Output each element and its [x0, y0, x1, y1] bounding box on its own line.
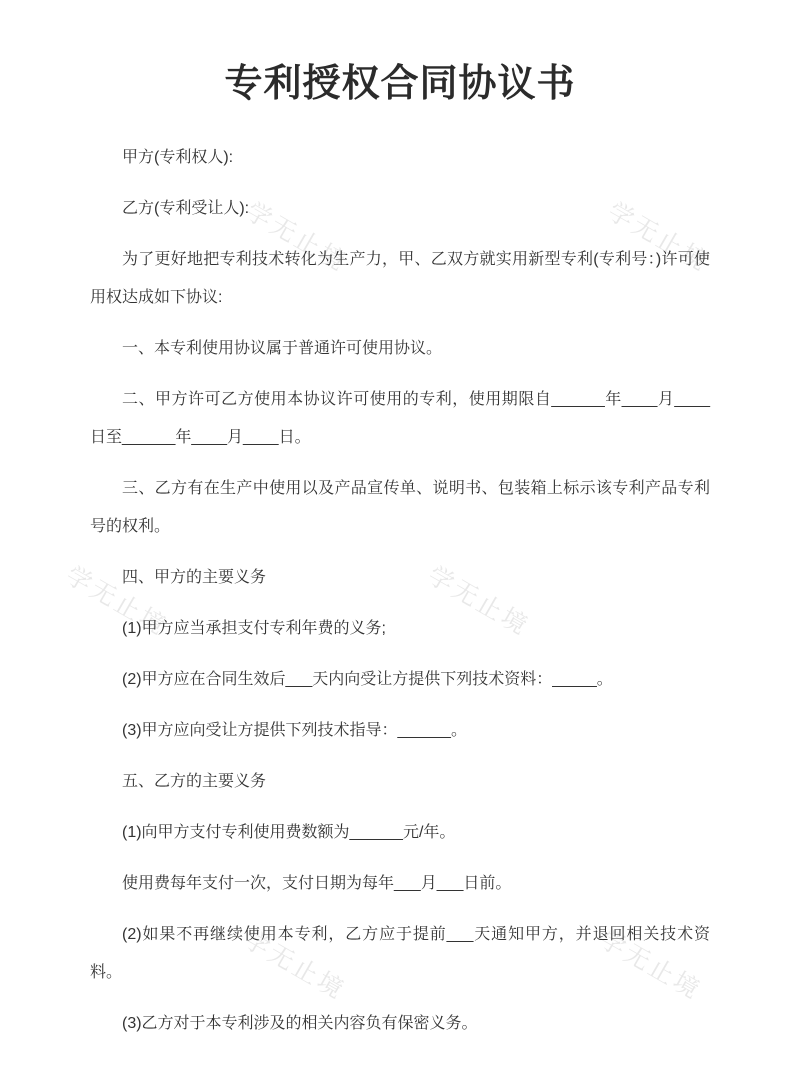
- paragraph: 一、本专利使用协议属于普通许可使用协议。: [90, 330, 710, 368]
- paragraph: (3)乙方对于本专利涉及的相关内容负有保密义务。: [90, 1005, 710, 1043]
- paragraph: (2)如果不再继续使用本专利，乙方应于提前___天通知甲方，并退回相关技术资料。: [90, 916, 710, 992]
- paragraph: 二、甲方许可乙方使用本协议许可使用的专利，使用期限自______年____月__…: [90, 381, 710, 457]
- paragraph: 三、乙方有在生产中使用以及产品宣传单、说明书、包装箱上标示该专利产品专利号的权利…: [90, 470, 710, 546]
- paragraph: (1)甲方应当承担支付专利年费的义务;: [90, 610, 710, 648]
- document-title: 专利授权合同协议书: [90, 60, 710, 109]
- paragraph: (2)甲方应在合同生效后___天内向受让方提供下列技术资料：_____。: [90, 661, 710, 699]
- document-body: 专利授权合同协议书 甲方(专利权人):乙方(专利受让人):为了更好地把专利技术转…: [0, 0, 800, 1043]
- paragraph: 乙方(专利受让人):: [90, 190, 710, 228]
- paragraph: 四、甲方的主要义务: [90, 559, 710, 597]
- paragraph: (1)向甲方支付专利使用费数额为______元/年。: [90, 814, 710, 852]
- paragraph: 使用费每年支付一次，支付日期为每年___月___日前。: [90, 865, 710, 903]
- paragraph: 五、乙方的主要义务: [90, 763, 710, 801]
- paragraph: 甲方(专利权人):: [90, 139, 710, 177]
- paragraph: 为了更好地把专利技术转化为生产力，甲、乙双方就实用新型专利(专利号：)许可使用权…: [90, 241, 710, 317]
- paragraph: (3)甲方应向受让方提供下列技术指导：______。: [90, 712, 710, 750]
- paragraphs: 甲方(专利权人):乙方(专利受让人):为了更好地把专利技术转化为生产力，甲、乙双…: [90, 139, 710, 1043]
